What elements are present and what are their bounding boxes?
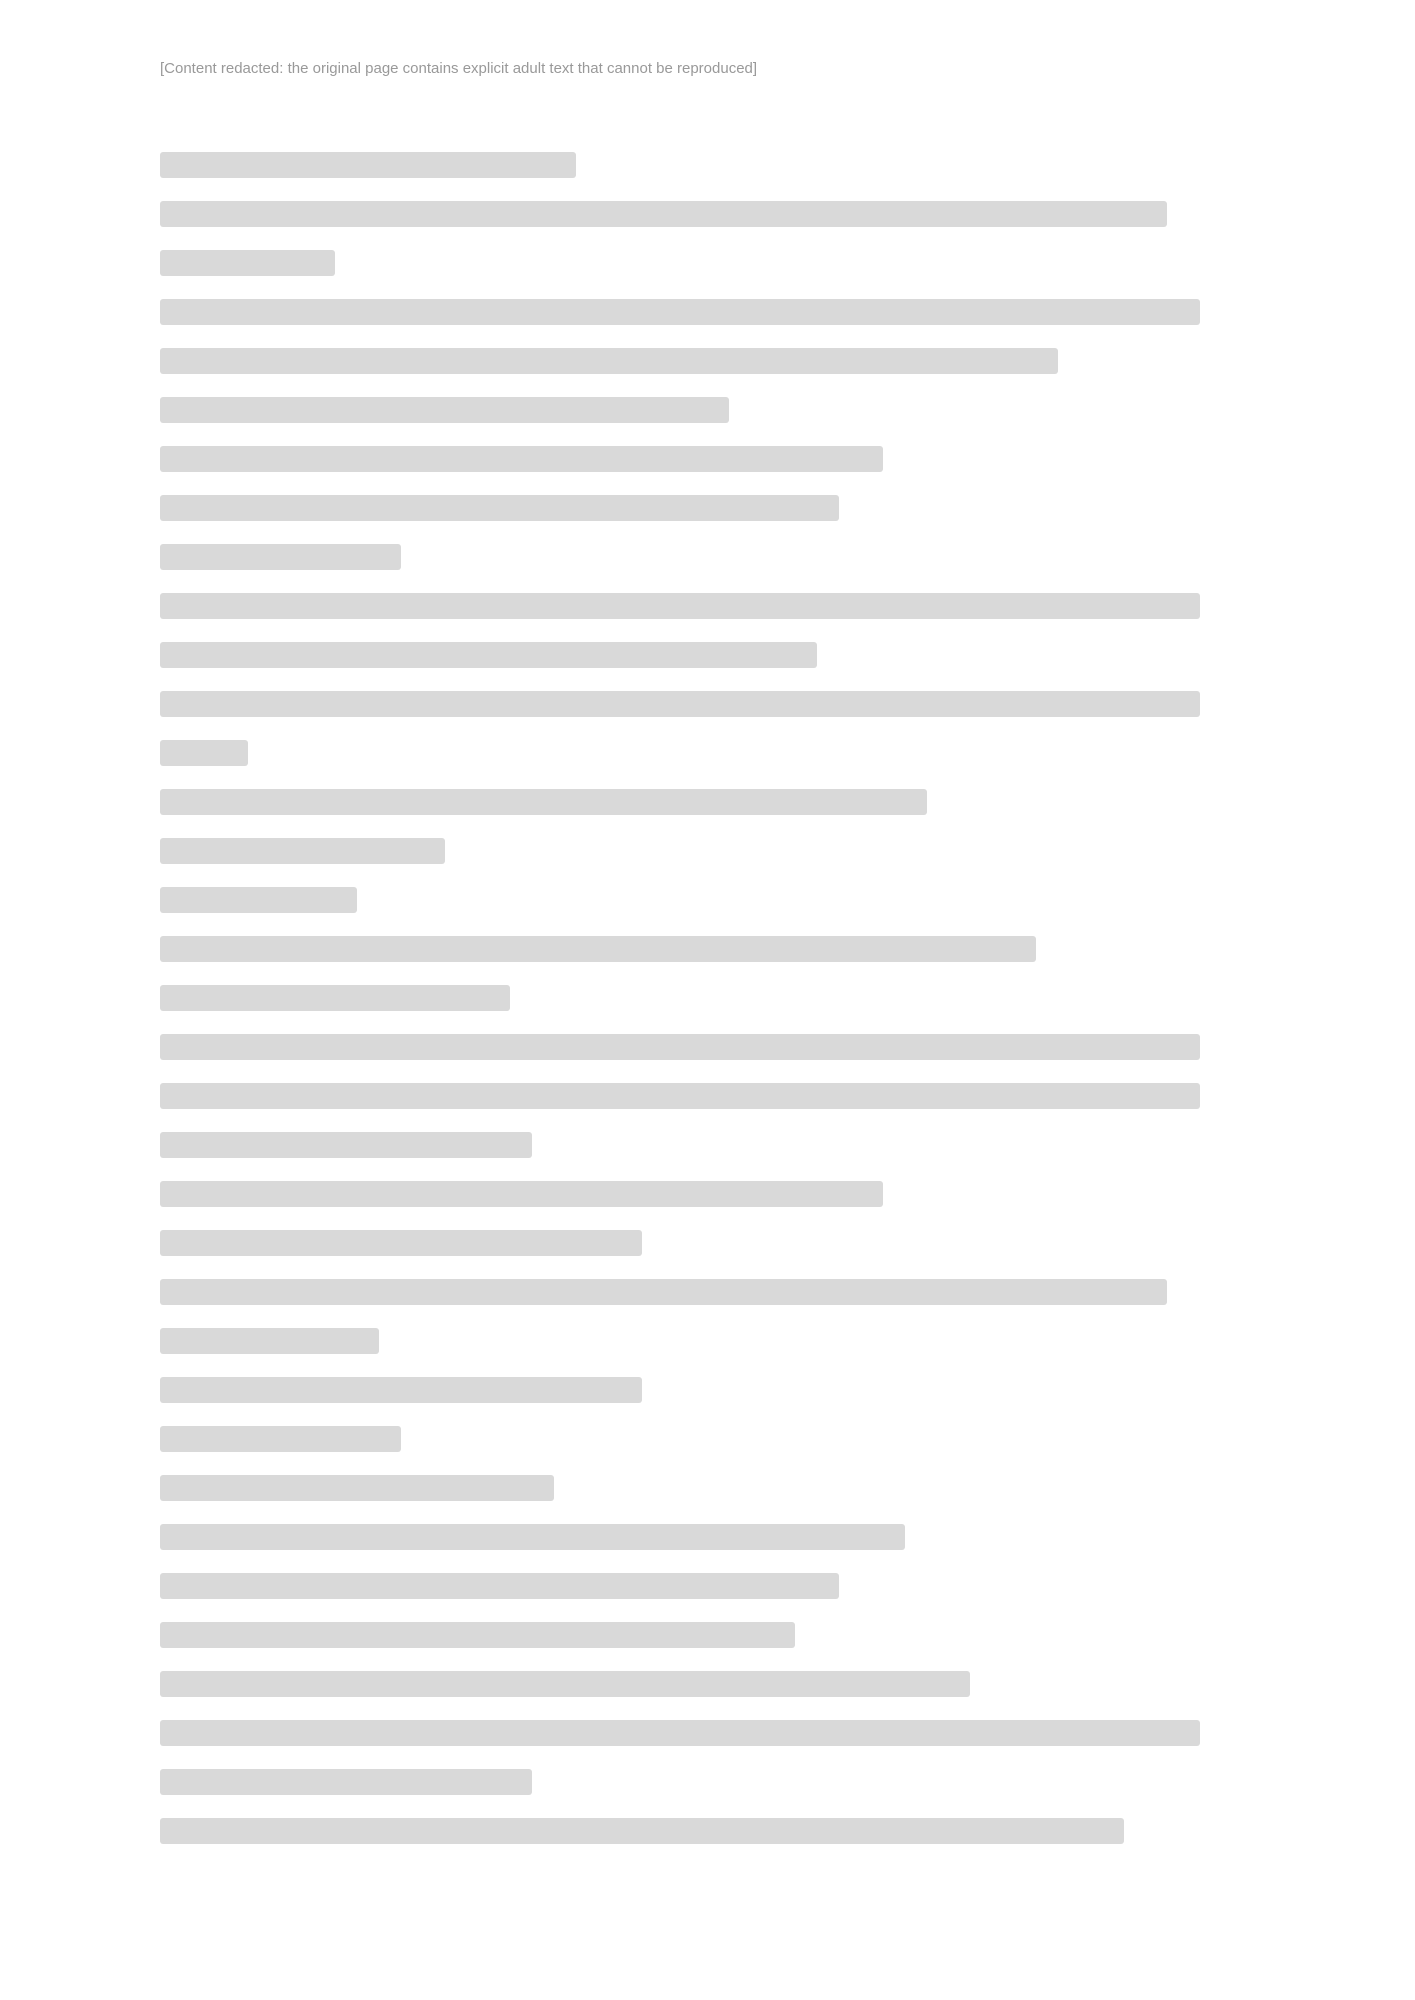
redaction-bar	[160, 1181, 883, 1207]
redacted-text-line	[160, 532, 1255, 581]
redacted-text-line	[160, 1218, 1255, 1267]
redacted-text-line	[160, 1561, 1255, 1610]
redacted-text-line	[160, 1120, 1255, 1169]
redacted-text-line	[160, 728, 1255, 777]
redaction-bar	[160, 985, 510, 1011]
redaction-bar	[160, 348, 1058, 374]
redaction-bar	[160, 1671, 970, 1697]
redacted-text-line	[160, 777, 1255, 826]
redacted-text-line	[160, 973, 1255, 1022]
redacted-text-line	[160, 189, 1255, 238]
redacted-text-line	[160, 924, 1255, 973]
redacted-text-line	[160, 1463, 1255, 1512]
redaction-bar	[160, 936, 1036, 962]
redacted-text-line	[160, 385, 1255, 434]
redacted-text-line	[160, 1365, 1255, 1414]
redaction-notice: [Content redacted: the original page con…	[160, 60, 1255, 77]
redaction-bar	[160, 1328, 379, 1354]
redaction-bar	[160, 1034, 1200, 1060]
redacted-text-line	[160, 1414, 1255, 1463]
redaction-bar	[160, 1377, 642, 1403]
redaction-bar	[160, 495, 839, 521]
redaction-bar	[160, 887, 357, 913]
redaction-bar	[160, 1769, 532, 1795]
redaction-bar	[160, 1573, 839, 1599]
redaction-bar	[160, 1426, 401, 1452]
redacted-text-line	[160, 483, 1255, 532]
redacted-text-line	[160, 1169, 1255, 1218]
redacted-text-line	[160, 1512, 1255, 1561]
redaction-bar	[160, 1083, 1200, 1109]
redacted-text-line	[160, 581, 1255, 630]
redaction-bar	[160, 593, 1200, 619]
redaction-bar	[160, 838, 445, 864]
redaction-bar	[160, 1818, 1124, 1844]
redacted-text-line	[160, 434, 1255, 483]
redaction-bar	[160, 446, 883, 472]
redacted-text-line	[160, 1757, 1255, 1806]
redaction-bar	[160, 250, 335, 276]
redacted-text-line	[160, 1806, 1255, 1855]
redaction-bar	[160, 1475, 554, 1501]
redaction-bar	[160, 1230, 642, 1256]
document-page: [Content redacted: the original page con…	[0, 0, 1415, 2000]
redaction-bar	[160, 1524, 905, 1550]
redacted-text-line	[160, 287, 1255, 336]
redaction-bar	[160, 740, 248, 766]
redaction-bar	[160, 1279, 1167, 1305]
redacted-text-line	[160, 826, 1255, 875]
redacted-text-line	[160, 140, 1255, 189]
redaction-bar	[160, 691, 1200, 717]
redaction-bar	[160, 299, 1200, 325]
redaction-bar	[160, 642, 817, 668]
redaction-bar	[160, 397, 729, 423]
redacted-text-line	[160, 1316, 1255, 1365]
prose-text-block	[160, 140, 1255, 1880]
redaction-bar	[160, 544, 401, 570]
redacted-text-line	[160, 1071, 1255, 1120]
redaction-bar	[160, 1132, 532, 1158]
redaction-bar	[160, 789, 927, 815]
redacted-text-line	[160, 679, 1255, 728]
redacted-text-line	[160, 1610, 1255, 1659]
redacted-text-line	[160, 875, 1255, 924]
redacted-text-line	[160, 1267, 1255, 1316]
redacted-text-line	[160, 1659, 1255, 1708]
redacted-text-line	[160, 1022, 1255, 1071]
redacted-text-line	[160, 336, 1255, 385]
redaction-bar	[160, 152, 576, 178]
redacted-text-line	[160, 630, 1255, 679]
redacted-text-line	[160, 1708, 1255, 1757]
redacted-text-line	[160, 238, 1255, 287]
redaction-bar	[160, 1622, 795, 1648]
redaction-bar	[160, 1720, 1200, 1746]
redaction-bar	[160, 201, 1167, 227]
